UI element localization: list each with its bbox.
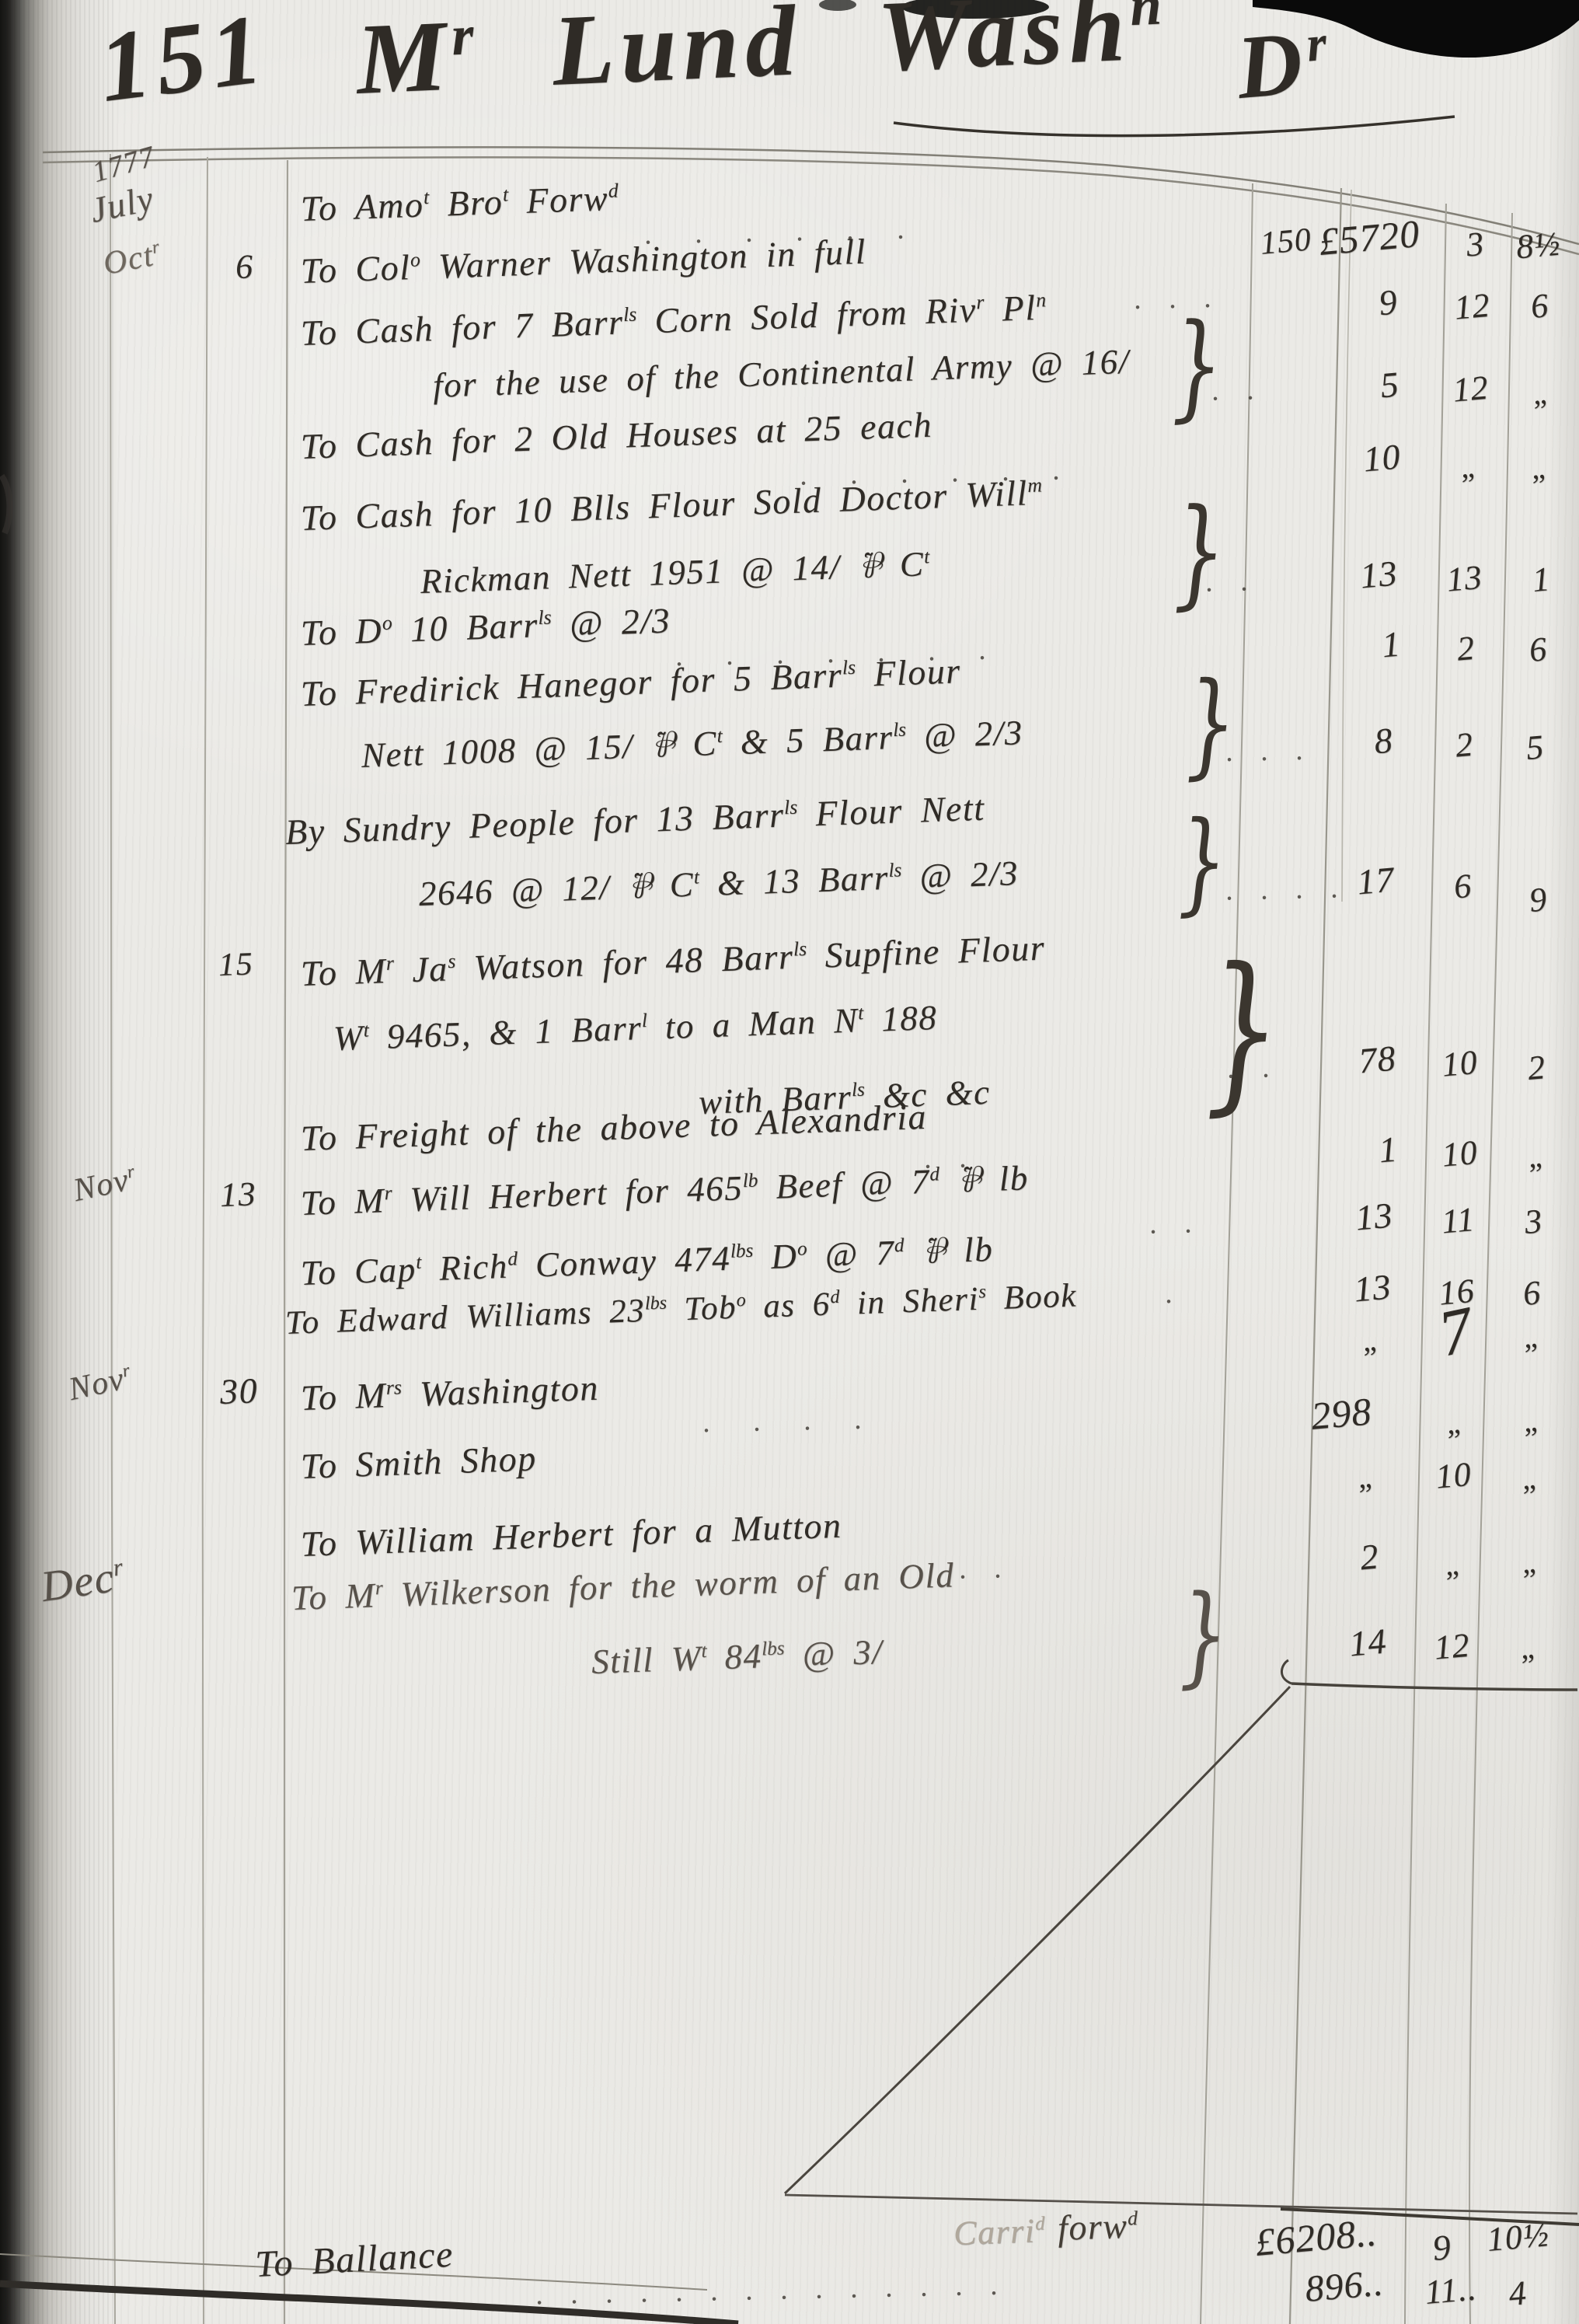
carried-forward-label: forwd bbox=[1057, 2204, 1138, 2249]
leader-dots: . . bbox=[1150, 1206, 1193, 1241]
entry-line: To Smith Shop bbox=[300, 1437, 537, 1487]
amount-pounds: „ bbox=[1319, 1317, 1424, 1363]
page-title-debit: Dr bbox=[1232, 9, 1332, 120]
carried-forward-label-faint: Carrid bbox=[953, 2211, 1045, 2253]
amount-pounds: 9 bbox=[1336, 277, 1440, 327]
amount-shillings: „ bbox=[1422, 1543, 1486, 1585]
day-column-rule bbox=[203, 157, 207, 2324]
entry-line: 2646 @ 12/ ⅌ Ct & 13 Barrls @ 2/3 bbox=[418, 848, 1020, 916]
entry-line: By Sundry People for 13 Barrls Flour Net… bbox=[284, 787, 985, 853]
leader-dots: . . bbox=[1212, 372, 1255, 407]
amount-shillings: 10 bbox=[1422, 1453, 1486, 1498]
blank-space-diagonal bbox=[785, 1687, 1290, 2193]
entry-line: To William Herbert for a Mutton bbox=[300, 1505, 842, 1565]
amount-pence: „ bbox=[1495, 1399, 1570, 1442]
entry-line: for the use of the Continental Army @ 16… bbox=[432, 341, 1130, 406]
entry-line: To Mr Wilkerson for the worm of an Old bbox=[291, 1555, 955, 1618]
amount-pence: „ bbox=[1494, 1541, 1568, 1583]
amount-pence: „ bbox=[1494, 1457, 1568, 1499]
entry-day: 15 bbox=[218, 945, 254, 984]
amount-pounds: 2 bbox=[1317, 1532, 1421, 1582]
entry-brace bbox=[1176, 1580, 1229, 1691]
leader-dots: . . bbox=[1228, 1050, 1271, 1085]
amount-pence: „ bbox=[1503, 446, 1577, 489]
entry-line: To Do 10 Barrls @ 2/3 bbox=[300, 599, 671, 654]
entry-line: To Colo Warner Washington in full bbox=[300, 231, 867, 291]
balance-leader-dots: . . . . . . . . . . . . . . bbox=[536, 2268, 999, 2312]
amount-pence: „ bbox=[1495, 1315, 1570, 1358]
amount-pence: 8½ bbox=[1501, 222, 1576, 268]
entry-line: To Mr Jas Watson for 48 Barrls Supfine F… bbox=[300, 927, 1046, 994]
amount-pence: „ bbox=[1492, 1626, 1567, 1669]
amount-pounds: 13 bbox=[1322, 1192, 1426, 1241]
amount-pounds: £5720 bbox=[1317, 211, 1422, 264]
amount-pence: 9 bbox=[1501, 877, 1576, 923]
pounds-column-rule bbox=[1290, 188, 1341, 2324]
entry-line: Nett 1008 @ 15/ ⅌ Ct & 5 Barrls @ 2/3 bbox=[361, 707, 1024, 778]
title-underline-flourish bbox=[894, 117, 1455, 136]
amount-pence: 6 bbox=[1503, 283, 1577, 329]
leader-dots: . bbox=[1166, 1276, 1173, 1310]
entry-line: Still Wt 84lbs @ 3/ bbox=[591, 1631, 884, 1682]
entry-line: To Mrs Washington bbox=[300, 1367, 599, 1418]
amount-pounds: 1 bbox=[1336, 1125, 1440, 1174]
amount-pounds: 298 bbox=[1281, 1386, 1401, 1441]
leader-dots: . . . . bbox=[1226, 871, 1339, 907]
entry-line: To Freight of the above to Alexandria bbox=[300, 1096, 928, 1159]
total-pence: 10½ bbox=[1486, 2214, 1551, 2259]
leader-dots: . . bbox=[960, 1551, 1002, 1586]
balance-shillings: 11.. bbox=[1424, 2268, 1479, 2312]
leader-dots: . . . . bbox=[703, 1402, 863, 1439]
amount-pence: 2 bbox=[1500, 1045, 1574, 1090]
amount-shillings: 11 bbox=[1427, 1198, 1490, 1243]
amount-pounds: 14 bbox=[1316, 1617, 1420, 1667]
amount-pence: 1 bbox=[1504, 557, 1579, 602]
amount-shillings: 12 bbox=[1441, 284, 1504, 329]
amount-shillings: 6 bbox=[1431, 864, 1495, 909]
balance-pounds: 896.. bbox=[1303, 2261, 1385, 2311]
entry-day: 13 bbox=[219, 1174, 257, 1215]
entry-line: Wt 9465, & 1 Barrl to a Man Nt 188 bbox=[333, 997, 938, 1059]
entry-brace bbox=[1201, 943, 1283, 1118]
amount-pence: 6 bbox=[1495, 1270, 1570, 1316]
amount-pounds: 8 bbox=[1331, 716, 1435, 766]
amount-shillings: „ bbox=[1438, 445, 1501, 487]
leader-dots: . . bbox=[1206, 564, 1249, 598]
amount-pounds: 10 bbox=[1330, 433, 1434, 483]
entry-line: To Cash for 7 Barrls Corn Sold from Rivr… bbox=[300, 287, 1047, 354]
amount-pounds: 13 bbox=[1326, 550, 1431, 599]
amount-folio: 150 bbox=[1257, 221, 1315, 263]
entry-day: 6 bbox=[235, 246, 254, 287]
entry-line: To Cash for 10 Blls Flour Sold Doctor Wi… bbox=[300, 472, 1043, 539]
leader-dots: . . . bbox=[1226, 733, 1304, 769]
entry-line: To Fredirick Hanegor for 5 Barrls Flour bbox=[300, 650, 961, 714]
amount-pounds: 78 bbox=[1325, 1035, 1429, 1084]
sum-rule-hook bbox=[1281, 1660, 1291, 1684]
amount-shillings: 13 bbox=[1433, 556, 1497, 601]
balance-pence: 4 bbox=[1508, 2273, 1528, 2314]
entry-brace bbox=[1175, 806, 1229, 919]
entry-line: To Mr Will Herbert for 465lb Beef @ 7d ⅌… bbox=[300, 1153, 1030, 1226]
amount-shillings: 3 bbox=[1444, 222, 1508, 267]
amount-pence: „ bbox=[1504, 372, 1579, 414]
amount-pounds: 1 bbox=[1339, 619, 1443, 669]
carried-rule-1 bbox=[785, 2195, 1577, 2214]
amount-shillings: 10 bbox=[1428, 1131, 1492, 1176]
amount-pence: „ bbox=[1500, 1135, 1574, 1178]
amount-pounds: „ bbox=[1315, 1454, 1419, 1499]
amount-pence: 3 bbox=[1497, 1199, 1571, 1244]
entry-day: 30 bbox=[219, 1370, 259, 1412]
amount-shillings: 10 bbox=[1428, 1041, 1492, 1086]
entry-line: Rickman Nett 1951 @ 14/ ⅌ Ct bbox=[420, 539, 931, 604]
balance-label: To Ballance bbox=[254, 2233, 455, 2286]
amount-shillings: 12 bbox=[1439, 366, 1503, 411]
page-folio-number: 151 bbox=[93, 0, 274, 125]
amount-shillings: 12 bbox=[1420, 1624, 1484, 1669]
amount-shillings: „ bbox=[1424, 1401, 1487, 1443]
book-binding-edge bbox=[0, 0, 117, 2324]
description-column-rule bbox=[284, 160, 288, 2324]
amount-pounds: 5 bbox=[1337, 360, 1441, 410]
page-title: Mr Lund Washn bbox=[354, 0, 1164, 118]
sum-rule bbox=[1291, 1684, 1577, 1690]
amount-pence: 5 bbox=[1498, 724, 1573, 770]
amount-pence: 6 bbox=[1501, 626, 1576, 672]
amount-shillings: 2 bbox=[1433, 722, 1497, 767]
total-shillings: 9 bbox=[1431, 2226, 1453, 2269]
amount-pounds: 13 bbox=[1320, 1263, 1424, 1313]
ledger-page: 151 Mr Lund Washn Dr 1777 July Octr 6 15… bbox=[0, 0, 1579, 2324]
total-pounds: £6208.. bbox=[1253, 2210, 1379, 2265]
amount-shillings: 2 bbox=[1434, 626, 1498, 671]
pence-column-rule bbox=[1469, 213, 1512, 2324]
entry-line: To Amot Brot Forwd bbox=[300, 177, 619, 229]
amount-pounds: 17 bbox=[1323, 856, 1427, 906]
